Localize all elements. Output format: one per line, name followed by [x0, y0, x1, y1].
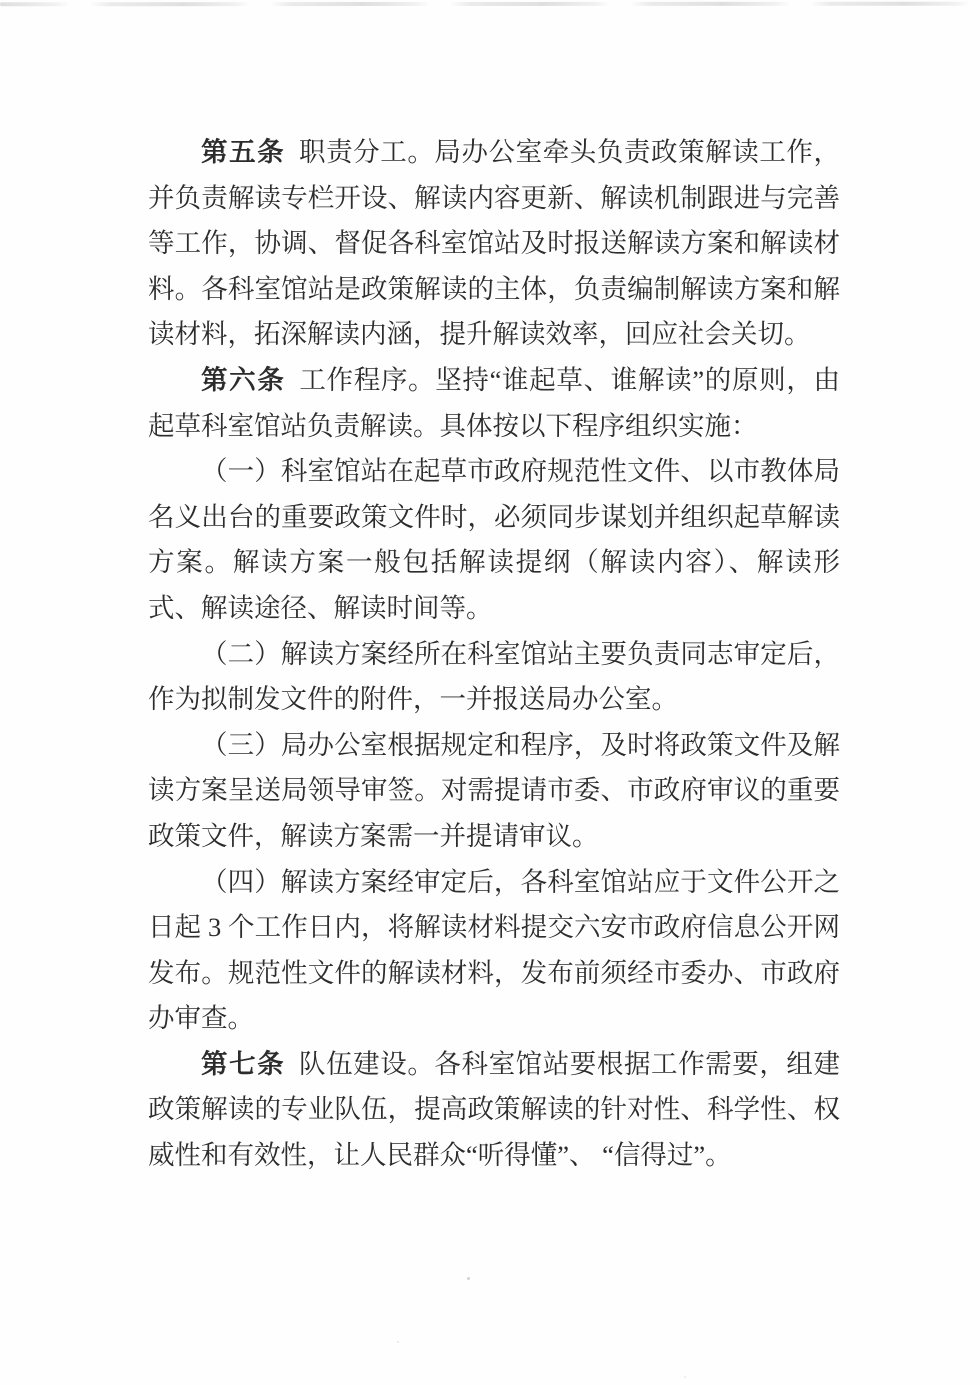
- paragraph-article-6: 第六条工作程序。坚持“谁起草、谁解读”的原则，由起草科室馆站负责解读。具体按以下…: [148, 358, 840, 449]
- paragraph-text: 职责分工。局办公室牵头负责政策解读工作，并负责解读专栏开设、解读内容更新、解读机…: [148, 137, 840, 349]
- paragraph-item-3: （三）局办公室根据规定和程序，及时将政策文件及解读方案呈送局领导审签。对需提请市…: [148, 723, 840, 860]
- document-page: 第五条职责分工。局办公室牵头负责政策解读工作，并负责解读专栏开设、解读内容更新、…: [0, 0, 980, 1385]
- article-number: 第六条: [201, 365, 286, 395]
- article-number: 第五条: [201, 137, 285, 167]
- scan-speck: [397, 1341, 399, 1343]
- paragraph-article-5: 第五条职责分工。局办公室牵头负责政策解读工作，并负责解读专栏开设、解读内容更新、…: [148, 130, 840, 358]
- paragraph-text: （二）解读方案经所在科室馆站主要负责同志审定后，作为拟制发文件的附件，一并报送局…: [148, 639, 840, 715]
- paragraph-text: （三）局办公室根据规定和程序，及时将政策文件及解读方案呈送局领导审签。对需提请市…: [148, 730, 840, 851]
- paragraph-item-1: （一）科室馆站在起草市政府规范性文件、以市教体局名义出台的重要政策文件时，必须同…: [148, 449, 840, 631]
- paragraph-text: （四）解读方案经审定后，各科室馆站应于文件公开之日起 3 个工作日内，将解读材料…: [148, 867, 840, 1034]
- paragraph-text: （一）科室馆站在起草市政府规范性文件、以市教体局名义出台的重要政策文件时，必须同…: [148, 456, 840, 623]
- scan-speck: [684, 1376, 686, 1378]
- document-body: 第五条职责分工。局办公室牵头负责政策解读工作，并负责解读专栏开设、解读内容更新、…: [148, 130, 840, 1179]
- paragraph-item-4: （四）解读方案经审定后，各科室馆站应于文件公开之日起 3 个工作日内，将解读材料…: [148, 860, 840, 1042]
- article-number: 第七条: [201, 1049, 285, 1079]
- scan-edge-artifact: [0, 2, 980, 7]
- scan-speck: [467, 1277, 470, 1280]
- paragraph-item-2: （二）解读方案经所在科室馆站主要负责同志审定后，作为拟制发文件的附件，一并报送局…: [148, 632, 840, 723]
- paragraph-article-7: 第七条队伍建设。各科室馆站要根据工作需要，组建政策解读的专业队伍，提高政策解读的…: [148, 1042, 840, 1179]
